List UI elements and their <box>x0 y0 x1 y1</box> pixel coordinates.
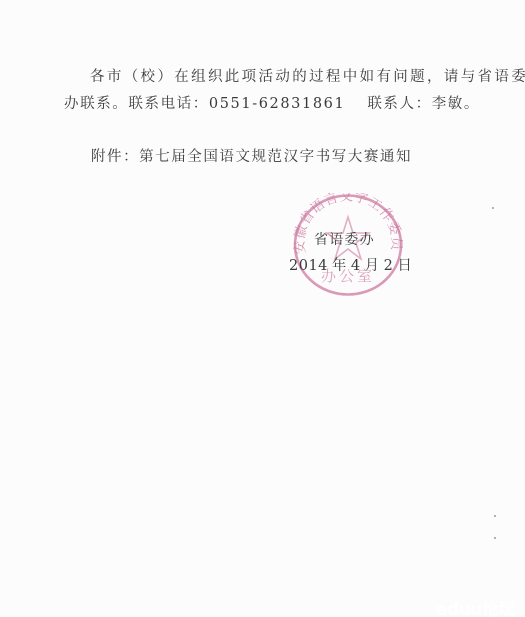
site-watermark: eduu论坛 <box>436 595 515 617</box>
issuer-signature: 省语委办 <box>314 232 375 248</box>
issue-date: 2014年4月2日 <box>289 258 412 274</box>
date-day: 2 <box>384 258 394 274</box>
scan-speck <box>494 537 496 539</box>
scan-speck <box>492 207 494 209</box>
paragraph-line-2: 办联系。联系电话：0551-62831861联系人：李敏。 <box>64 96 480 112</box>
attachment-line: 附件：第七届全国语文规范汉字书写大赛通知 <box>91 149 412 165</box>
scan-speck <box>494 515 496 517</box>
date-day-unit: 日 <box>397 258 412 274</box>
date-year-unit: 年 <box>332 258 347 274</box>
date-month: 4 <box>351 258 361 274</box>
contact-person-text: 联系人：李敏。 <box>367 96 480 112</box>
contact-phone-text: 办联系。联系电话：0551-62831861 <box>64 96 345 112</box>
paragraph-line-1: 各市（校）在组织此项活动的过程中如有问题，请与省语委 <box>90 69 525 85</box>
date-year: 2014 <box>289 258 328 274</box>
date-month-unit: 月 <box>365 258 380 274</box>
